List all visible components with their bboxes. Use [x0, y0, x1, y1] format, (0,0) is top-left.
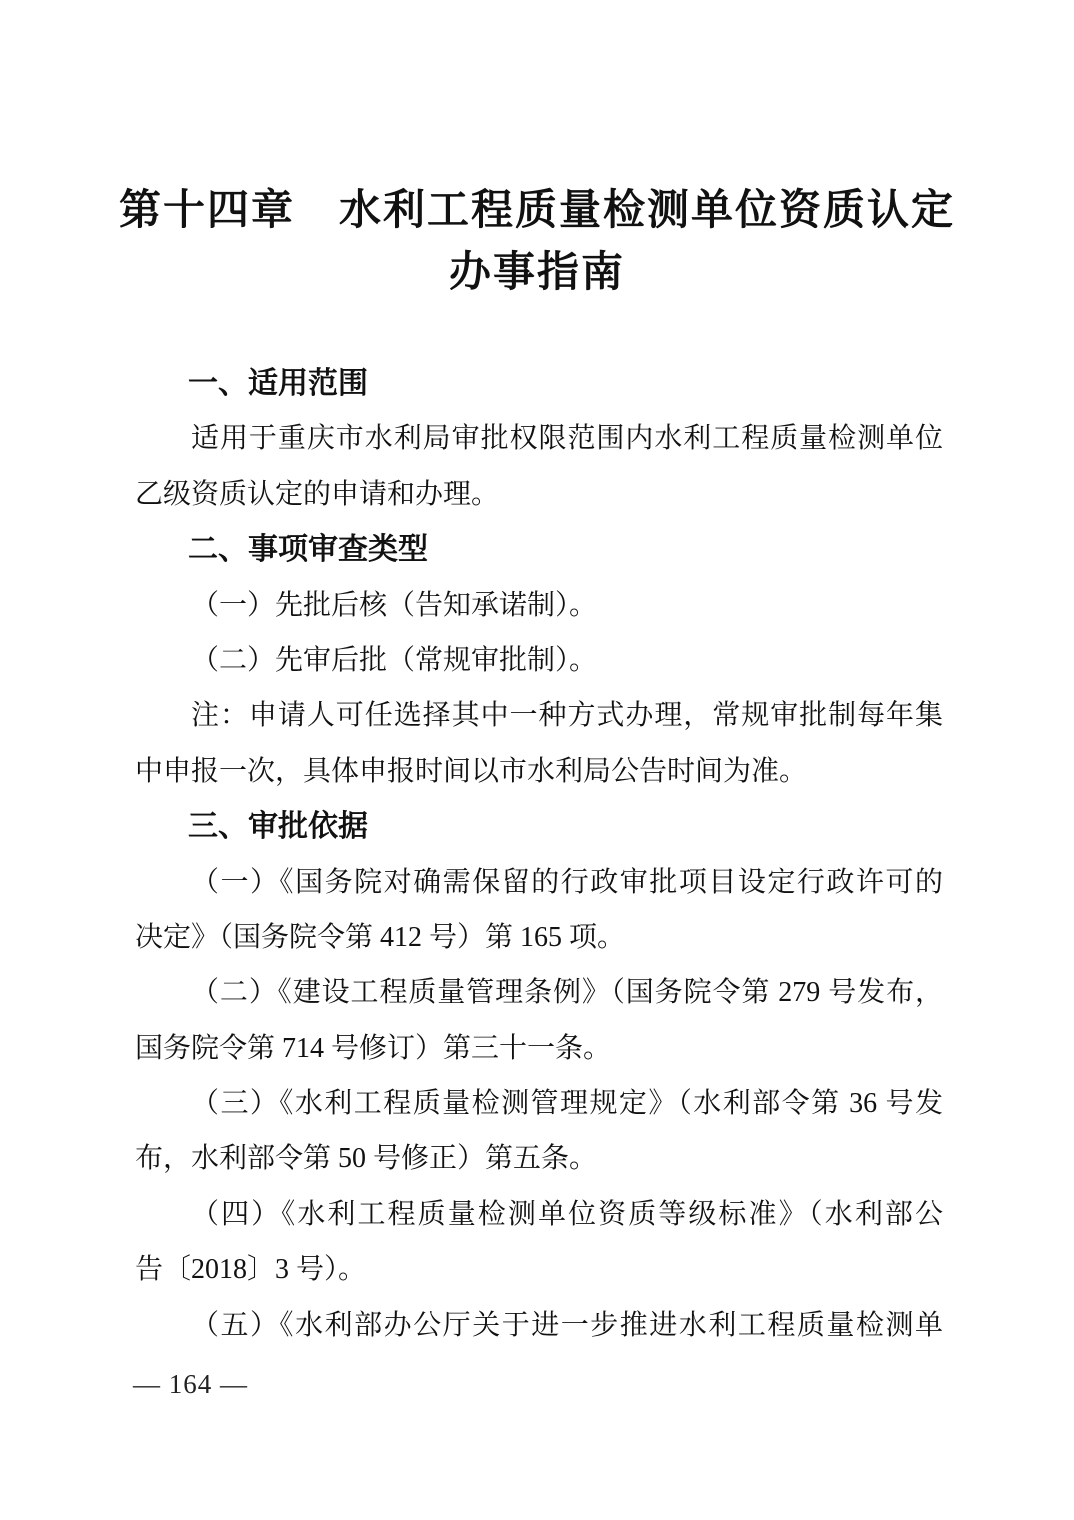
- paragraph-line: 布，水利部令第 50 号修正）第五条。: [135, 1131, 943, 1186]
- chapter-title-line-1: 第十四章 水利工程质量检测单位资质认定: [80, 180, 994, 242]
- chapter-title-block: 第十四章 水利工程质量检测单位资质认定 办事指南: [80, 180, 994, 304]
- paragraph-line: 告〔2018〕3 号）。: [135, 1242, 943, 1297]
- body-text-block: 一、适用范围适用于重庆市水利局审批权限范围内水利工程质量检测单位乙级资质认定的申…: [135, 356, 943, 1353]
- chapter-title-line-2: 办事指南: [80, 242, 994, 304]
- paragraph-line: （三）《水利工程质量检测管理规定》（水利部令第 36 号发: [135, 1076, 943, 1131]
- page-number: — 164 —: [133, 1368, 248, 1400]
- paragraph-line: （二）《建设工程质量管理条例》（国务院令第 279 号发布，: [135, 965, 943, 1020]
- paragraph-line: （四）《水利工程质量检测单位资质等级标准》（水利部公: [135, 1187, 943, 1242]
- paragraph-line: （二）先审后批（常规审批制）。: [135, 633, 943, 688]
- paragraph-line: 乙级资质认定的申请和办理。: [135, 467, 943, 522]
- paragraph-line: 适用于重庆市水利局审批权限范围内水利工程质量检测单位: [135, 411, 943, 466]
- document-page: 第十四章 水利工程质量检测单位资质认定 办事指南 一、适用范围适用于重庆市水利局…: [0, 0, 1074, 1520]
- paragraph-line: 注：申请人可任选择其中一种方式办理，常规审批制每年集: [135, 688, 943, 743]
- paragraph-line: 中申报一次，具体申报时间以市水利局公告时间为准。: [135, 744, 943, 799]
- paragraph-line: （一）先批后核（告知承诺制）。: [135, 578, 943, 633]
- section-heading: 一、适用范围: [135, 356, 943, 411]
- section-heading: 二、事项审查类型: [135, 522, 943, 577]
- paragraph-line: 国务院令第 714 号修订）第三十一条。: [135, 1021, 943, 1076]
- paragraph-line: 决定》（国务院令第 412 号）第 165 项。: [135, 910, 943, 965]
- section-heading: 三、审批依据: [135, 799, 943, 854]
- paragraph-line: （一）《国务院对确需保留的行政审批项目设定行政许可的: [135, 855, 943, 910]
- paragraph-line: （五）《水利部办公厅关于进一步推进水利工程质量检测单: [135, 1298, 943, 1353]
